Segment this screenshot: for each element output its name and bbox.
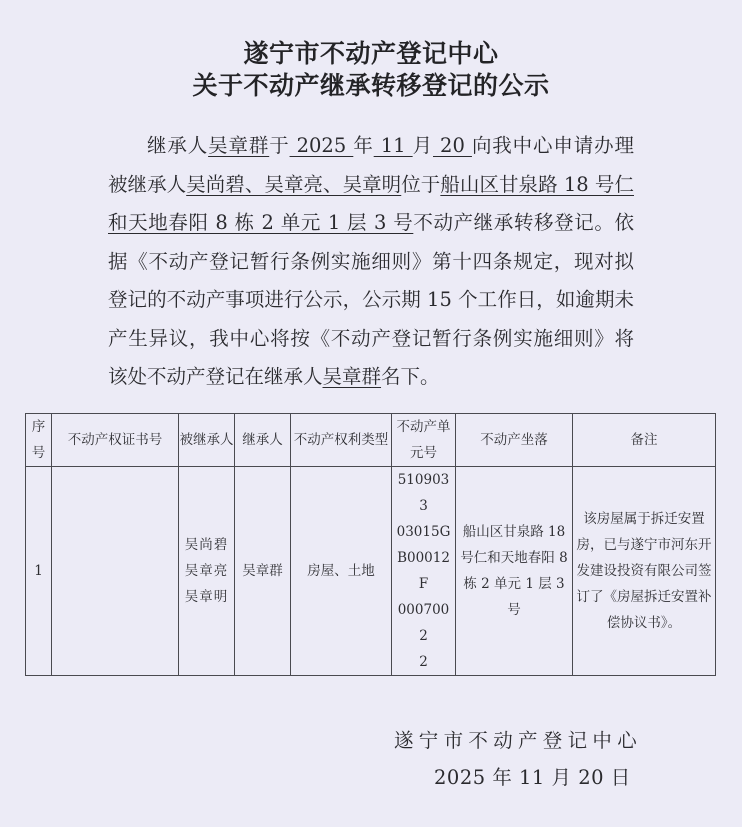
header-index: 序 号	[26, 414, 52, 467]
header-cert-no: 不动产权证书号	[52, 414, 179, 467]
header-unit-no: 不动产单 元号	[392, 414, 456, 467]
cell-decedents: 吴尚碧 吴章亮 吴章明	[179, 467, 235, 676]
text-segment: 不动产继承转移登记。依据《不动产登记暂行条例实施细则》第十四条规定，现对拟登记的…	[108, 211, 634, 388]
header-remark: 备注	[573, 414, 716, 467]
document-title-line2: 关于不动产继承转移登记的公示	[0, 66, 742, 102]
header-index-line2: 号	[26, 440, 51, 466]
heir-name-repeat: 吴章群	[323, 365, 382, 388]
text-segment: 于	[269, 134, 289, 157]
text-segment: 位于	[401, 173, 440, 196]
issue-date: 2025 年 11 月 20 日	[434, 762, 631, 790]
notice-body: 继承人吴章群于 2025 年 11 月 20 向我中心申请办理被继承人吴尚碧、吴…	[108, 127, 634, 397]
document-title-line1: 遂宁市不动产登记中心	[0, 34, 742, 70]
unit-no-line: 0007002	[395, 597, 452, 649]
text-segment: 年	[353, 134, 373, 157]
heir-name: 吴章群	[208, 134, 269, 157]
application-year: 2025	[290, 134, 354, 157]
text-segment: 月	[413, 134, 433, 157]
unit-no-line: 2	[395, 649, 452, 675]
cell-location: 船山区甘泉路 18 号仁和天地春阳 8 栋 2 单元 1 层 3 号	[456, 467, 573, 676]
decedent-name: 吴章明	[182, 584, 231, 610]
header-decedent: 被继承人	[179, 414, 235, 467]
table-row: 1 吴尚碧 吴章亮 吴章明 吴章群 房屋、土地 5109033 03015G B…	[26, 467, 716, 676]
application-month: 11	[374, 134, 413, 157]
table-header-row: 序 号 不动产权证书号 被继承人 继承人 不动产权利类型 不动产单 元号 不动产…	[26, 414, 716, 467]
notice-paragraph: 继承人吴章群于 2025 年 11 月 20 向我中心申请办理被继承人吴尚碧、吴…	[108, 127, 634, 397]
header-heir: 继承人	[235, 414, 291, 467]
cell-right-type: 房屋、土地	[291, 467, 392, 676]
cell-remark: 该房屋属于拆迁安置房，已与遂宁市河东开发建设投资有限公司签订了《房屋拆迁安置补偿…	[573, 467, 716, 676]
unit-no-line: 5109033	[395, 467, 452, 519]
text-segment: 名下。	[381, 365, 440, 388]
cell-cert-no	[52, 467, 179, 676]
decedent-name: 吴章亮	[182, 558, 231, 584]
header-index-line1: 序	[26, 414, 51, 440]
cell-heir: 吴章群	[235, 467, 291, 676]
unit-no-line: 03015G	[395, 519, 452, 545]
header-location: 不动产坐落	[456, 414, 573, 467]
notice-document: 遂宁市不动产登记中心 关于不动产继承转移登记的公示 继承人吴章群于 2025 年…	[0, 0, 742, 827]
header-unit-no-line1: 不动产单	[392, 414, 455, 440]
issuing-organization: 遂宁市不动产登记中心	[394, 725, 642, 753]
cell-index: 1	[26, 467, 52, 676]
header-unit-no-line2: 元号	[392, 440, 455, 466]
unit-no-line: B00012F	[395, 545, 452, 597]
registration-table: 序 号 不动产权证书号 被继承人 继承人 不动产权利类型 不动产单 元号 不动产…	[25, 413, 716, 676]
cell-unit-no: 5109033 03015G B00012F 0007002 2	[392, 467, 456, 676]
decedent-name: 吴尚碧	[182, 532, 231, 558]
text-segment: 继承人	[147, 134, 208, 157]
decedent-names: 吴尚碧、吴章亮、吴章明	[186, 173, 401, 196]
application-day: 20	[433, 134, 472, 157]
header-right-type: 不动产权利类型	[291, 414, 392, 467]
